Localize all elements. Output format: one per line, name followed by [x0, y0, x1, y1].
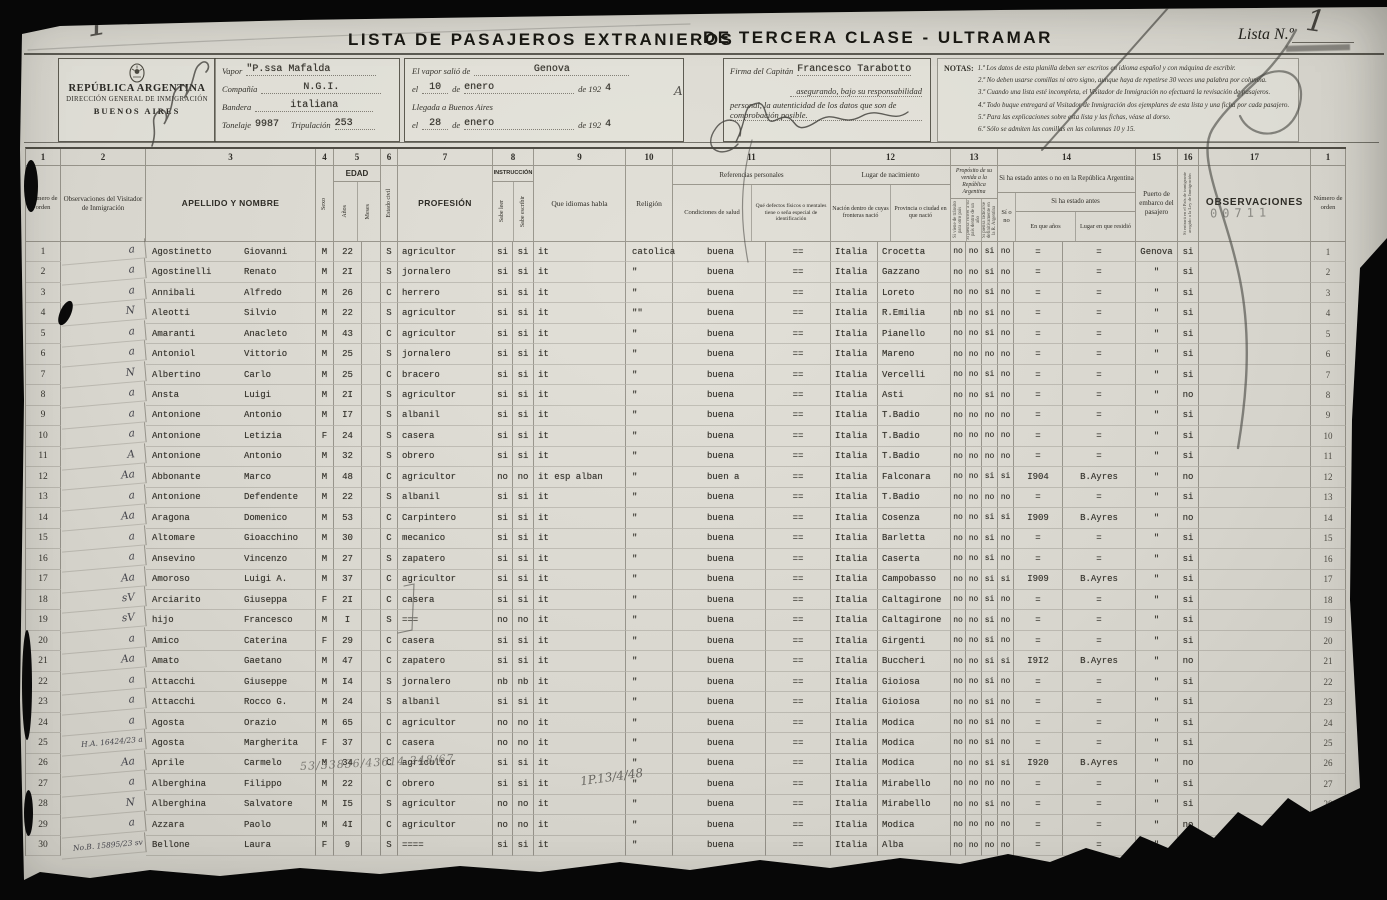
passenger-name-cell: AlbertinoCarlo — [146, 365, 316, 385]
col-num-1r: 1 — [1311, 149, 1346, 166]
cell-nacion: Italia — [831, 283, 878, 303]
cell-sexo: M — [316, 570, 334, 590]
cell-apellido: Amoroso — [152, 574, 244, 584]
nota-2: 2.ª No deben usarse comillas ni otro sig… — [944, 75, 1294, 87]
cell-piensa_radicarse: no — [982, 406, 998, 426]
cell-en_que_anos: = — [1014, 242, 1063, 262]
cell-orden_repetido: 21 — [1311, 651, 1346, 671]
cell-idiomas: it — [534, 733, 626, 753]
cell-sabe_escribir: si — [513, 570, 534, 590]
cell-religion: " — [626, 692, 673, 712]
cell-ley_inmigracion: si — [1178, 610, 1199, 630]
cell-edad_anos: 4I — [334, 815, 362, 835]
cell-provincia: Campobasso — [878, 570, 951, 590]
cell-provincia: Girgenti — [878, 631, 951, 651]
cell-orden_repetido: 29 — [1311, 815, 1346, 835]
cell-orden: 8 — [26, 385, 61, 405]
cell-salud: buen a — [673, 467, 766, 487]
cell-puerto_embarco: " — [1136, 651, 1178, 671]
cell-idiomas: it — [534, 549, 626, 569]
passenger-name-cell: AmarantiAnacleto — [146, 324, 316, 344]
cell-puerto_embarco: " — [1136, 283, 1178, 303]
cell-orden_repetido: 10 — [1311, 426, 1346, 446]
cell-provincia: T.Badio — [878, 488, 951, 508]
cell-provincia: Gazzano — [878, 262, 951, 282]
cell-edad_meses — [362, 488, 381, 508]
cell-lugar_residio: = — [1063, 283, 1136, 303]
cell-edad_meses — [362, 815, 381, 835]
cell-observaciones — [1199, 795, 1311, 815]
cell-observaciones — [1199, 836, 1311, 856]
cell-estado_civil: S — [381, 303, 398, 323]
cell-estuvo_antes: no — [998, 365, 1014, 385]
cell-piensa_volver: no — [966, 610, 982, 630]
cell-orden: 16 — [26, 549, 61, 569]
cell-nombre: Anacleto — [244, 329, 287, 339]
cell-idiomas: it — [534, 610, 626, 630]
cell-estado_civil: S — [381, 549, 398, 569]
cell-sabe_leer: si — [493, 754, 513, 774]
col-num-12: 12 — [831, 149, 951, 166]
cell-profesion: zapatero — [398, 549, 493, 569]
header-nacimiento-group: Lugar de nacimiento Nación dentro de cuy… — [831, 166, 951, 242]
nota-4: 4.ª Todo buque entregará al Visitador de… — [944, 100, 1294, 112]
header-visitador: Observaciones del Visitador de Inmigraci… — [61, 166, 146, 242]
cell-edad_meses — [362, 344, 381, 364]
cell-orden: 5 — [26, 324, 61, 344]
cell-provincia: Pianello — [878, 324, 951, 344]
cell-orden: 9 — [26, 406, 61, 426]
cell-sexo: M — [316, 815, 334, 835]
header-referencias: Referencias personales — [673, 166, 830, 185]
cell-puerto_embarco: " — [1136, 488, 1178, 508]
cell-nacion: Italia — [831, 508, 878, 528]
cell-edad_anos: 27 — [334, 549, 362, 569]
cell-provincia: Mirabello — [878, 795, 951, 815]
cell-defectos: == — [766, 570, 831, 590]
cell-nacion: Italia — [831, 488, 878, 508]
cell-piensa_radicarse: no — [982, 344, 998, 364]
cell-defectos: == — [766, 365, 831, 385]
cell-religion: " — [626, 467, 673, 487]
cell-sexo: M — [316, 651, 334, 671]
cell-piensa_radicarse: si — [982, 651, 998, 671]
cell-nacion: Italia — [831, 590, 878, 610]
cell-religion: " — [626, 733, 673, 753]
cell-salud: buena — [673, 733, 766, 753]
cell-piensa_volver: no — [966, 733, 982, 753]
cell-edad_meses — [362, 631, 381, 651]
cell-sabe_escribir: si — [513, 488, 534, 508]
cell-nombre: Gaetano — [244, 656, 282, 666]
cell-provincia: Alba — [878, 836, 951, 856]
cell-religion: " — [626, 815, 673, 835]
cell-edad_anos: I5 — [334, 795, 362, 815]
cell-lugar_residio: = — [1063, 733, 1136, 753]
cell-defectos: == — [766, 672, 831, 692]
cell-sabe_leer: si — [493, 406, 513, 426]
cell-defectos: == — [766, 344, 831, 364]
small-stamp-smudge — [1286, 44, 1350, 52]
cell-de_transito: no — [951, 529, 966, 549]
cell-piensa_radicarse: si — [982, 467, 998, 487]
cell-nacion: Italia — [831, 529, 878, 549]
cell-estado_civil: S — [381, 488, 398, 508]
cell-en_que_anos: = — [1014, 733, 1063, 753]
cell-provincia: R.Emilia — [878, 303, 951, 323]
cell-orden_repetido: 13 — [1311, 488, 1346, 508]
col-num-9: 9 — [534, 149, 626, 166]
cell-en_que_anos: = — [1014, 590, 1063, 610]
cell-sabe_leer: si — [493, 385, 513, 405]
cell-nombre: Rocco G. — [244, 697, 287, 707]
cell-estuvo_antes: no — [998, 815, 1014, 835]
cell-sexo: M — [316, 283, 334, 303]
cell-ley_inmigracion: no — [1178, 467, 1199, 487]
cell-piensa_volver: no — [966, 426, 982, 446]
cell-salud: buena — [673, 549, 766, 569]
cell-en_que_anos: I920 — [1014, 754, 1063, 774]
col-num-2: 2 — [61, 149, 146, 166]
cell-sexo: M — [316, 610, 334, 630]
cell-orden_repetido: 11 — [1311, 447, 1346, 467]
cell-observaciones — [1199, 303, 1311, 323]
cell-edad_anos: 43 — [334, 324, 362, 344]
cell-lugar_residio: = — [1063, 365, 1136, 385]
cell-defectos: == — [766, 590, 831, 610]
header-instruccion-group: INSTRUCCIÓN Sabe leer Sabe escribir — [493, 166, 534, 242]
cell-idiomas: it — [534, 344, 626, 364]
cell-sexo: M — [316, 324, 334, 344]
cell-orden_repetido: 4 — [1311, 303, 1346, 323]
cell-sabe_leer: no — [493, 733, 513, 753]
header-transito: Si viene de tránsito para otro país — [951, 199, 967, 241]
cell-lugar_residio: = — [1063, 262, 1136, 282]
cell-sabe_leer: si — [493, 774, 513, 794]
cell-observaciones — [1199, 344, 1311, 364]
cell-en_que_anos: = — [1014, 262, 1063, 282]
cell-provincia: Cosenza — [878, 508, 951, 528]
cell-apellido: Antonione — [152, 492, 244, 502]
cell-defectos: == — [766, 529, 831, 549]
lista-number-line — [1292, 42, 1354, 43]
letterhead-box: REPÚBLICA ARGENTINA DIRECCIÓN GENERAL DE… — [58, 58, 216, 142]
cell-edad_anos: 53 — [334, 508, 362, 528]
header-edad-meses: Meses — [358, 182, 381, 241]
cell-profesion: agricultor — [398, 795, 493, 815]
cell-edad_meses — [362, 610, 381, 630]
cell-estuvo_antes: no — [998, 590, 1014, 610]
cell-puerto_embarco: " — [1136, 590, 1178, 610]
cell-lugar_residio: B.Ayres — [1063, 754, 1136, 774]
cell-orden_repetido: 22 — [1311, 672, 1346, 692]
capitan-clausula-2: personal, la autenticidad de los datos q… — [730, 100, 922, 121]
cell-sabe_escribir: no — [513, 795, 534, 815]
film-blob-2 — [22, 630, 32, 740]
llegada-anio-digito: 4 — [605, 119, 611, 130]
cell-ley_inmigracion: si — [1178, 365, 1199, 385]
cell-apellido: Antonione — [152, 451, 244, 461]
cell-sexo: M — [316, 713, 334, 733]
cell-nacion: Italia — [831, 242, 878, 262]
cell-en_que_anos: = — [1014, 406, 1063, 426]
cell-estuvo_antes: si — [998, 467, 1014, 487]
cell-defectos: == — [766, 754, 831, 774]
cell-idiomas: it — [534, 488, 626, 508]
cell-lugar_residio: = — [1063, 406, 1136, 426]
cell-sexo: M — [316, 385, 334, 405]
cell-nombre: Giuseppa — [244, 595, 287, 605]
cell-en_que_anos: = — [1014, 529, 1063, 549]
cell-orden: 13 — [26, 488, 61, 508]
cell-orden: 7 — [26, 365, 61, 385]
cell-profesion: jornalero — [398, 262, 493, 282]
salida-el-label: el — [412, 84, 418, 94]
cell-puerto_embarco: " — [1136, 447, 1178, 467]
cell-salud: buena — [673, 610, 766, 630]
cell-nombre: Francesco — [244, 615, 293, 625]
film-blob-3 — [24, 790, 33, 836]
cell-puerto_embarco: " — [1136, 385, 1178, 405]
cell-nacion: Italia — [831, 733, 878, 753]
header-sexo: Sexo — [316, 166, 334, 242]
cell-estado_civil: S — [381, 610, 398, 630]
cell-sabe_leer: si — [493, 447, 513, 467]
cell-provincia: Barletta — [878, 529, 951, 549]
cell-sexo: M — [316, 488, 334, 508]
salida-anio-digito: 4 — [605, 83, 611, 94]
cell-sexo: F — [316, 733, 334, 753]
cell-orden_repetido: 25 — [1311, 733, 1346, 753]
header-sabe-leer: Sabe leer — [493, 182, 514, 241]
col-num-13: 13 — [951, 149, 998, 166]
cell-edad_meses — [362, 795, 381, 815]
cell-apellido: hijo — [152, 615, 244, 625]
cell-orden_repetido: 20 — [1311, 631, 1346, 651]
cell-ley_inmigracion: si — [1178, 283, 1199, 303]
cell-piensa_volver: no — [966, 406, 982, 426]
cell-sabe_escribir: si — [513, 508, 534, 528]
film-blob-1 — [24, 160, 38, 212]
cell-edad_meses — [362, 385, 381, 405]
cell-sabe_escribir: no — [513, 733, 534, 753]
header-proposito-group: Propósito de su venida a la República Ar… — [951, 166, 998, 242]
cell-sexo: M — [316, 365, 334, 385]
cell-ley_inmigracion: si — [1178, 590, 1199, 610]
cell-en_que_anos: = — [1014, 447, 1063, 467]
header-volver: Si piensa volver a su país dentro de un … — [967, 199, 983, 241]
cell-edad_anos: 32 — [334, 447, 362, 467]
cell-idiomas: it — [534, 713, 626, 733]
cell-sexo: M — [316, 529, 334, 549]
cell-sabe_escribir: si — [513, 549, 534, 569]
cell-ley_inmigracion: si — [1178, 733, 1199, 753]
cell-lugar_residio: = — [1063, 529, 1136, 549]
cell-nombre: Renato — [244, 267, 276, 277]
cell-piensa_volver: no — [966, 570, 982, 590]
cell-piensa_radicarse: si — [982, 754, 998, 774]
cell-edad_anos: 48 — [334, 467, 362, 487]
cell-sabe_leer: si — [493, 242, 513, 262]
cell-lugar_residio: = — [1063, 447, 1136, 467]
cell-edad_meses — [362, 570, 381, 590]
cell-puerto_embarco: " — [1136, 303, 1178, 323]
header-religion: Religión — [626, 166, 673, 242]
cell-profesion: albanil — [398, 488, 493, 508]
cell-puerto_embarco: " — [1136, 815, 1178, 835]
cell-sabe_escribir: si — [513, 365, 534, 385]
passenger-name-cell: AntonioneLetizia — [146, 426, 316, 446]
cell-observaciones — [1199, 590, 1311, 610]
cell-edad_meses — [362, 651, 381, 671]
cell-estado_civil: C — [381, 631, 398, 651]
cell-apellido: Alberghina — [152, 799, 244, 809]
cell-sabe_leer: si — [493, 365, 513, 385]
cell-defectos: == — [766, 303, 831, 323]
cell-religion: " — [626, 406, 673, 426]
col-num-8: 8 — [493, 149, 534, 166]
cell-nacion: Italia — [831, 467, 878, 487]
llegada-label: Llegada a Buenos Aires — [412, 102, 493, 112]
page-number-pencil: 1 — [83, 2, 111, 45]
cell-piensa_volver: no — [966, 590, 982, 610]
cell-salud: buena — [673, 488, 766, 508]
cell-observaciones — [1199, 508, 1311, 528]
cell-sabe_leer: no — [493, 795, 513, 815]
cell-salud: buena — [673, 324, 766, 344]
cell-piensa_radicarse: no — [982, 774, 998, 794]
cell-sabe_escribir: si — [513, 303, 534, 323]
cell-de_transito: no — [951, 488, 966, 508]
cell-orden: 14 — [26, 508, 61, 528]
cell-ley_inmigracion: si — [1178, 324, 1199, 344]
cell-defectos: == — [766, 733, 831, 753]
nota-1: 1.ª Los datos de esta planilla deben ser… — [944, 63, 1294, 75]
cell-edad_anos: 29 — [334, 631, 362, 651]
cell-orden_repetido: 6 — [1311, 344, 1346, 364]
cell-edad_meses — [362, 836, 381, 856]
cell-lugar_residio: = — [1063, 713, 1136, 733]
cell-profesion: casera — [398, 426, 493, 446]
cell-piensa_volver: no — [966, 836, 982, 856]
cell-nacion: Italia — [831, 262, 878, 282]
cell-estado_civil: C — [381, 283, 398, 303]
cell-orden: 6 — [26, 344, 61, 364]
cell-edad_meses — [362, 447, 381, 467]
cell-salud: buena — [673, 426, 766, 446]
cell-edad_meses — [362, 242, 381, 262]
cell-provincia: Falconara — [878, 467, 951, 487]
cell-estado_civil: S — [381, 344, 398, 364]
cell-piensa_radicarse: no — [982, 426, 998, 446]
cell-piensa_radicarse: si — [982, 610, 998, 630]
cell-observaciones — [1199, 324, 1311, 344]
header-provincia: Provincia o ciudad en que nació — [891, 185, 950, 241]
cell-orden_repetido: 5 — [1311, 324, 1346, 344]
cell-ley_inmigracion: si — [1178, 262, 1199, 282]
cell-profesion: agricultor — [398, 324, 493, 344]
cell-piensa_radicarse: si — [982, 365, 998, 385]
cell-estuvo_antes: no — [998, 529, 1014, 549]
cell-estuvo_antes: no — [998, 549, 1014, 569]
cell-orden: 11 — [26, 447, 61, 467]
cell-orden: 30 — [26, 836, 61, 856]
cell-apellido: Agosta — [152, 738, 244, 748]
cell-orden: 15 — [26, 529, 61, 549]
cell-profesion: albanil — [398, 406, 493, 426]
cell-piensa_volver: no — [966, 283, 982, 303]
cell-de_transito: no — [951, 610, 966, 630]
cell-apellido: Attacchi — [152, 677, 244, 687]
cell-edad_anos: 65 — [334, 713, 362, 733]
cell-observaciones — [1199, 815, 1311, 835]
cell-religion: " — [626, 549, 673, 569]
header-idiomas: Que idiomas habla — [534, 166, 626, 242]
pencil-mark-a: A — [674, 84, 683, 98]
cell-nombre: Salvatore — [244, 799, 293, 809]
cell-ley_inmigracion: no — [1178, 836, 1199, 856]
cell-religion: " — [626, 795, 673, 815]
cell-puerto_embarco: " — [1136, 508, 1178, 528]
cell-apellido: Amico — [152, 636, 244, 646]
cell-edad_meses — [362, 692, 381, 712]
cell-religion: " — [626, 836, 673, 856]
cell-profesion: jornalero — [398, 344, 493, 364]
cell-sabe_leer: si — [493, 570, 513, 590]
cell-orden: 17 — [26, 570, 61, 590]
letterhead-line1: REPÚBLICA ARGENTINA — [59, 83, 215, 94]
cell-apellido: Agostinetto — [152, 247, 244, 257]
cell-sabe_escribir: si — [513, 406, 534, 426]
header-sabe-escribir: Sabe escribir — [514, 182, 534, 241]
cell-edad_anos: I7 — [334, 406, 362, 426]
cell-sexo: M — [316, 447, 334, 467]
cell-sabe_leer: si — [493, 631, 513, 651]
cell-apellido: Attacchi — [152, 697, 244, 707]
cell-en_que_anos: = — [1014, 795, 1063, 815]
cell-puerto_embarco: " — [1136, 549, 1178, 569]
cell-ley_inmigracion: si — [1178, 488, 1199, 508]
cell-salud: buena — [673, 590, 766, 610]
cell-profesion: bracero — [398, 365, 493, 385]
cell-sexo: F — [316, 426, 334, 446]
cell-idiomas: it — [534, 283, 626, 303]
cell-sabe_leer: si — [493, 651, 513, 671]
cell-sabe_leer: no — [493, 713, 513, 733]
document-paper: LISTA DE PASAJEROS EXTRANIEROS DE TERCER… — [0, 0, 1387, 900]
nota-3: 3.ª Cuando una lista esté incompleta, el… — [944, 87, 1294, 99]
cell-sexo: M — [316, 344, 334, 364]
cell-defectos: == — [766, 385, 831, 405]
cell-lugar_residio: B.Ayres — [1063, 651, 1136, 671]
cell-defectos: == — [766, 426, 831, 446]
cell-sexo: M — [316, 242, 334, 262]
cell-nombre: Marco — [244, 472, 271, 482]
cell-salud: buena — [673, 774, 766, 794]
cell-estuvo_antes: no — [998, 795, 1014, 815]
cell-estuvo_antes: si — [998, 754, 1014, 774]
cell-edad_anos: 30 — [334, 529, 362, 549]
cell-orden_repetido: 27 — [1311, 774, 1346, 794]
cell-ley_inmigracion: si — [1178, 447, 1199, 467]
cell-sabe_escribir: si — [513, 283, 534, 303]
cell-piensa_volver: no — [966, 467, 982, 487]
lista-number-pencil: 1 — [1304, 3, 1328, 40]
cell-edad_anos: 37 — [334, 570, 362, 590]
col-num-14: 14 — [998, 149, 1136, 166]
cell-orden: 26 — [26, 754, 61, 774]
cell-religion: " — [626, 631, 673, 651]
